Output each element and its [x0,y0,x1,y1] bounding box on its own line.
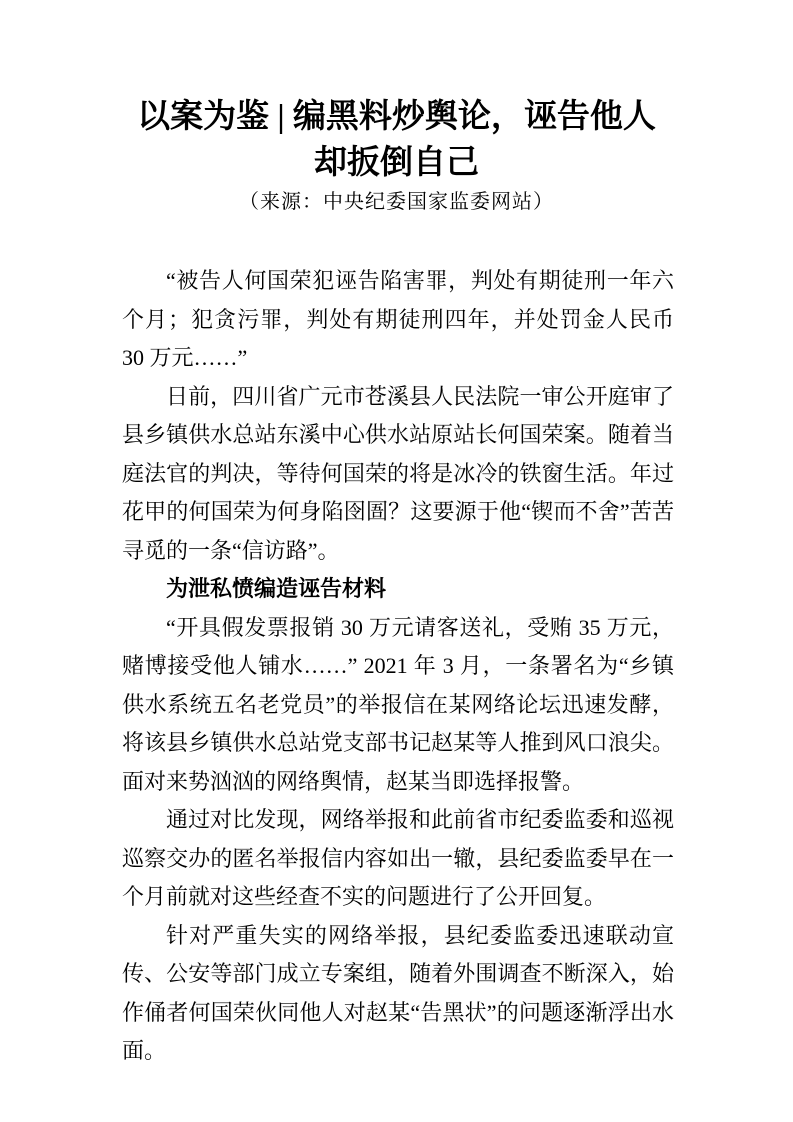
section-heading: 为泄私愤编造诬告材料 [122,570,674,609]
paragraph: 针对严重失实的网络举报，县纪委监委迅速联动宣传、公安等部门成立专案组，随着外围调… [122,917,674,1071]
paragraph: 通过对比发现，网络举报和此前省市纪委监委和巡视巡察交办的匿名举报信内容如出一辙，… [122,801,674,917]
paragraph: “被告人何国荣犯诬告陷害罪，判处有期徒刑一年六个月；犯贪污罪，判处有期徒刑四年，… [122,262,674,378]
document-page: 以案为鉴 | 编黑料炒舆论，诬告他人 却扳倒自己 （来源：中央纪委国家监委网站）… [0,0,793,1122]
article-title: 以案为鉴 | 编黑料炒舆论，诬告他人 却扳倒自己 [60,94,733,186]
paragraph: 日前，四川省广元市苍溪县人民法院一审公开庭审了县乡镇供水总站东溪中心供水站原站长… [122,378,674,571]
paragraph: “开具假发票报销 30 万元请客送礼，受贿 35 万元，赌博接受他人铺水……” … [122,609,674,802]
source-line: （来源：中央纪委国家监委网站） [0,188,793,216]
article-body: “被告人何国荣犯诬告陷害罪，判处有期徒刑一年六个月；犯贪污罪，判处有期徒刑四年，… [122,262,674,1071]
